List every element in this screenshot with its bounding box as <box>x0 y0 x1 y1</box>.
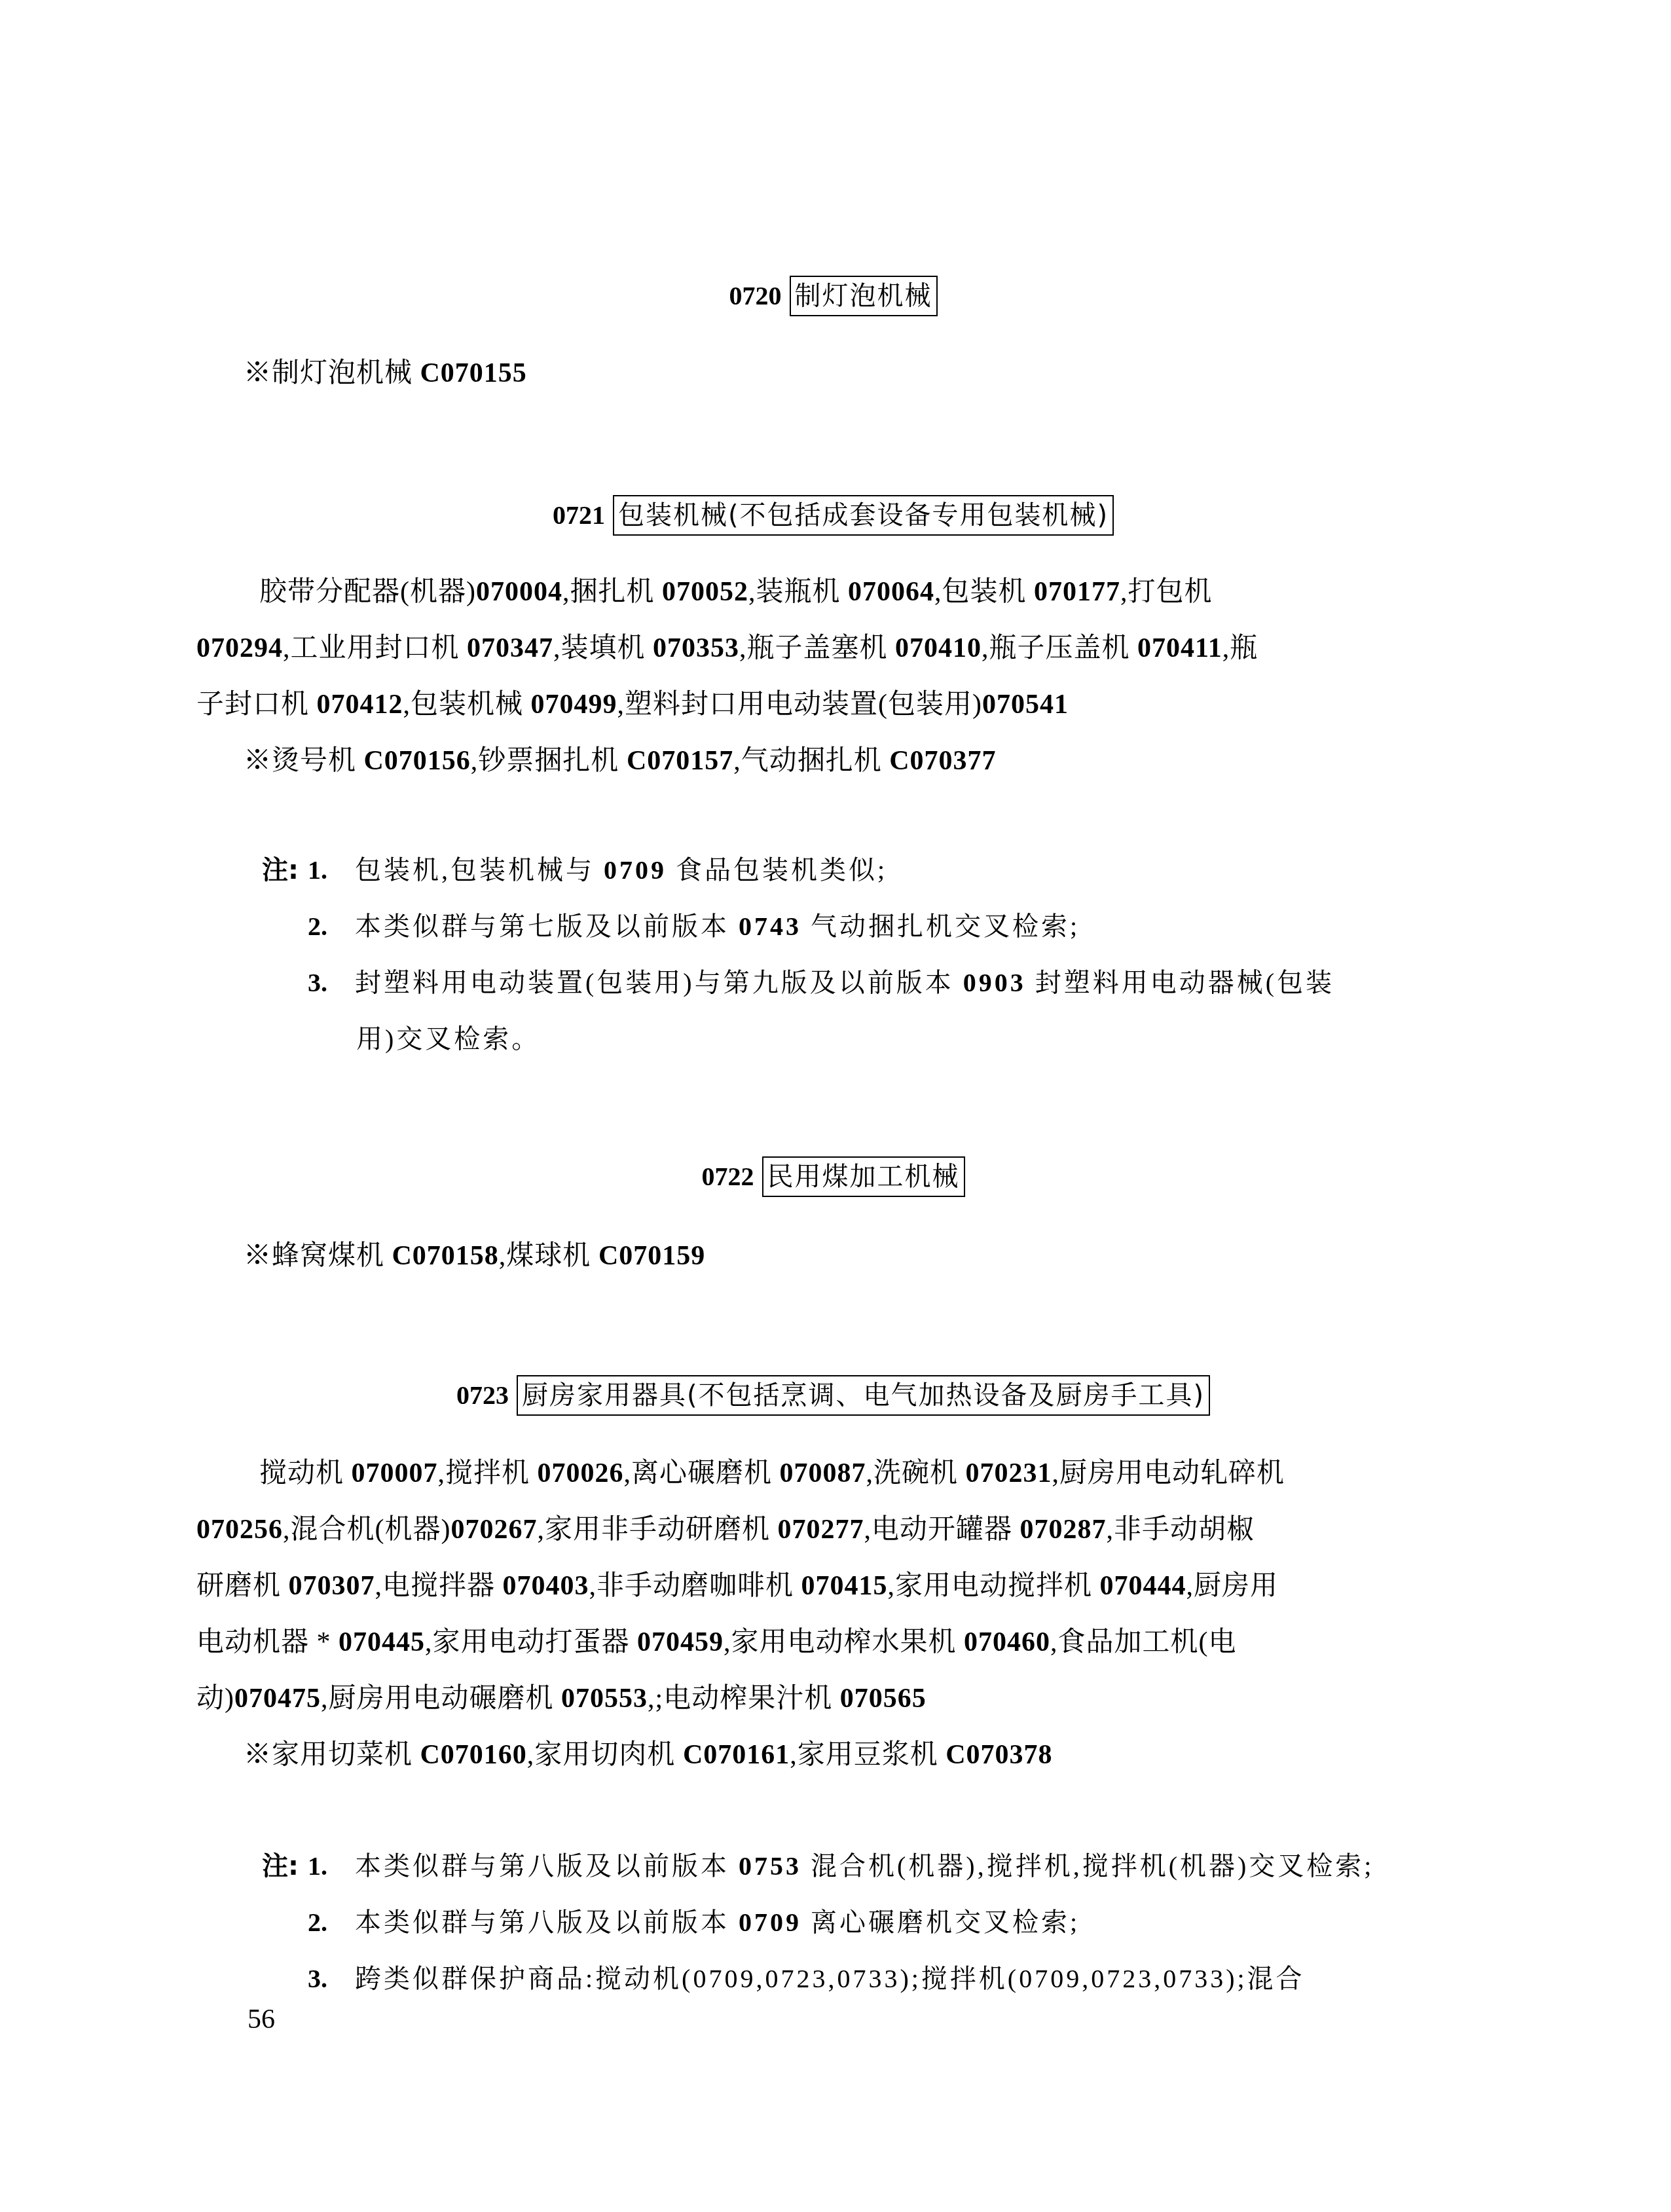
registration-code: C070158 <box>392 1241 499 1271</box>
text-run: ,工业用封口机 <box>283 633 467 663</box>
registration-code: 070052 <box>662 577 748 607</box>
registration-code: C070378 <box>946 1740 1052 1770</box>
text-run: 封塑料用电动器械(包装 <box>1026 968 1334 997</box>
text-run: ,瓶子盖塞机 <box>739 633 895 663</box>
note-number: 1. <box>308 842 355 898</box>
text-run: ,捆扎机 <box>562 577 662 607</box>
section-title-box: 厨房家用器具(不包括烹调、电气加热设备及厨房手工具) <box>517 1375 1210 1416</box>
text-run: ,气动捆扎机 <box>733 746 889 776</box>
note-item-1: 注: 1. 本类似群与第八版及以前版本 0753 混合机(机器),搅拌机,搅拌机… <box>196 1838 1470 1894</box>
paragraph-line: 电动机器 * 070445,家用电动打蛋器 070459,家用电动榨水果机 07… <box>196 1614 1470 1670</box>
text-run: ,混合机(机器) <box>283 1515 450 1545</box>
text-run: ,非手动胡椒 <box>1107 1515 1255 1545</box>
text-run: 封塑料用电动装置(包装用)与第九版及以前版本 <box>355 968 963 997</box>
registration-code: 0709 <box>739 1908 801 1937</box>
registration-code: C070161 <box>683 1740 790 1770</box>
text-run: ,瓶 <box>1222 633 1258 663</box>
section-title-box: 民用煤加工机械 <box>762 1156 965 1197</box>
registration-code: 0709 <box>604 855 667 885</box>
section-code: 0721 <box>553 500 605 530</box>
registration-code: C070157 <box>627 746 733 776</box>
text-run: ※蜂窝煤机 <box>244 1241 392 1271</box>
text-run: ,厨房用电动轧碎机 <box>1052 1458 1285 1488</box>
note-text: 封塑料用电动装置(包装用)与第九版及以前版本 0903 封塑料用电动器械(包装 <box>355 955 1470 1011</box>
text-run: ,电动开罐器 <box>864 1515 1020 1545</box>
item-code: C070155 <box>420 358 527 388</box>
notes-0721: 注: 1. 包装机,包装机械与 0709 食品包装机类似; 2. 本类似群与第七… <box>196 842 1470 1067</box>
text-run: ,食品加工机(电 <box>1050 1627 1237 1657</box>
note-number: 1. <box>308 1838 355 1894</box>
note-item-3: 3. 跨类似群保护商品:搅动机(0709,0723,0733);搅拌机(0709… <box>196 1951 1470 2007</box>
text-run: ,打包机 <box>1120 577 1213 607</box>
note-number: 3. <box>308 955 355 1011</box>
text-run: 胶带分配器(机器) <box>259 577 476 607</box>
text-run: 离心碾磨机交叉检索; <box>801 1908 1080 1937</box>
text-run: ,家用切肉机 <box>527 1740 683 1770</box>
registration-code: 070499 <box>531 690 617 720</box>
note-item-1: 注: 1. 包装机,包装机械与 0709 食品包装机类似; <box>196 842 1470 898</box>
text-run: ,煤球机 <box>499 1241 598 1271</box>
note-text: 本类似群与第八版及以前版本 0709 离心碾磨机交叉检索; <box>355 1894 1470 1951</box>
paragraph-line: 研磨机 070307,电搅拌器 070403,非手动磨咖啡机 070415,家用… <box>196 1558 1470 1614</box>
text-run: ,装瓶机 <box>748 577 848 607</box>
registration-code: 070459 <box>637 1627 724 1657</box>
items-line-0722: ※蜂窝煤机 C070158,煤球机 C070159 <box>196 1228 1517 1284</box>
registration-code: 070064 <box>848 577 934 607</box>
registration-code: 070026 <box>538 1458 624 1488</box>
text-run: ※家用切菜机 <box>244 1740 420 1770</box>
text-run: 搅动机 <box>259 1458 352 1488</box>
registration-code: C070160 <box>420 1740 527 1770</box>
notes-label: 注: <box>262 842 308 898</box>
registration-code: 070403 <box>503 1571 589 1601</box>
paragraph-line: 动)070475,厨房用电动碾磨机 070553,;电动榨果汁机 070565 <box>196 1670 1470 1727</box>
registration-code: 070307 <box>289 1571 375 1601</box>
registration-code: 070412 <box>317 690 403 720</box>
registration-code: C070156 <box>364 746 471 776</box>
text-run: ,包装机 <box>934 577 1034 607</box>
section-title-box: 制灯泡机械 <box>790 276 938 316</box>
items-line-0723: ※家用切菜机 C070160,家用切肉机 C070161,家用豆浆机 C0703… <box>196 1727 1470 1783</box>
registration-code: C070159 <box>598 1241 705 1271</box>
items-line-0721: ※烫号机 C070156,钞票捆扎机 C070157,气动捆扎机 C070377 <box>196 733 1470 789</box>
text-run: ,电搅拌器 <box>375 1571 503 1601</box>
text-run: ,包装机械 <box>403 690 531 720</box>
registration-code: 070294 <box>196 633 283 663</box>
text-run: 包装机,包装机械与 <box>355 855 604 885</box>
text-run: 跨类似群保护商品:搅动机(0709,0723,0733);搅拌机(0709,07… <box>355 1964 1305 1993</box>
note-number: 2. <box>308 1894 355 1951</box>
paragraph-line: 搅动机 070007,搅拌机 070026,离心碾磨机 070087,洗碗机 0… <box>196 1445 1470 1502</box>
registration-code: C070377 <box>889 746 996 776</box>
text-run: 用)交叉检索。 <box>356 1024 540 1054</box>
text-run: ,;电动榨果汁机 <box>648 1684 840 1714</box>
note-number: 2. <box>308 898 355 955</box>
section-heading-0723: 0723厨房家用器具(不包括烹调、电气加热设备及厨房手工具) <box>196 1373 1470 1416</box>
text-run: 混合机(机器),搅拌机,搅拌机(机器)交叉检索; <box>801 1851 1374 1881</box>
text-run: ,厨房用电动碾磨机 <box>321 1684 561 1714</box>
text-run: 研磨机 <box>196 1571 289 1601</box>
text-run: 本类似群与第八版及以前版本 <box>355 1851 739 1881</box>
section-code: 0723 <box>456 1380 509 1410</box>
paragraph-line: 胶带分配器(机器)070004,捆扎机 070052,装瓶机 070064,包装… <box>196 564 1470 620</box>
paragraph-line: 070294,工业用封口机 070347,装填机 070353,瓶子盖塞机 07… <box>196 620 1470 676</box>
text-run: 动) <box>196 1684 234 1714</box>
items-line-0720: ※制灯泡机械 C070155 <box>196 345 1517 401</box>
note-item-2: 2. 本类似群与第七版及以前版本 0743 气动捆扎机交叉检索; <box>196 898 1470 955</box>
text-run: ,瓶子压盖机 <box>982 633 1137 663</box>
registration-code: 0903 <box>963 968 1026 997</box>
registration-code: 070445 <box>339 1627 425 1657</box>
text-run: ,家用电动榨水果机 <box>724 1627 964 1657</box>
paragraph-0723: 搅动机 070007,搅拌机 070026,离心碾磨机 070087,洗碗机 0… <box>196 1445 1470 1783</box>
paragraph-line: 070256,混合机(机器)070267,家用非手动研磨机 070277,电动开… <box>196 1502 1470 1558</box>
text-run: ,洗碗机 <box>866 1458 966 1488</box>
section-heading-0720: 0720制灯泡机械 <box>196 273 1470 316</box>
registration-code: 070410 <box>895 633 982 663</box>
section-code: 0722 <box>702 1162 754 1191</box>
registration-code: 070007 <box>352 1458 438 1488</box>
text-run: ,搅拌机 <box>438 1458 538 1488</box>
text-run: 气动捆扎机交叉检索; <box>801 912 1080 941</box>
note-number: 3. <box>308 1951 355 2007</box>
text-run: ※烫号机 <box>244 746 364 776</box>
note-text-continued: 用)交叉检索。 <box>196 1011 1470 1067</box>
note-text: 本类似群与第七版及以前版本 0743 气动捆扎机交叉检索; <box>355 898 1470 955</box>
registration-code: 070231 <box>966 1458 1052 1488</box>
registration-code: 0743 <box>739 912 801 941</box>
registration-code: 0753 <box>739 1851 801 1881</box>
text-run: 本类似群与第八版及以前版本 <box>355 1908 739 1937</box>
text-run: 食品包装机类似; <box>667 855 887 885</box>
notes-label: 注: <box>262 1838 308 1894</box>
registration-code: 070087 <box>780 1458 866 1488</box>
text-run: 本类似群与第七版及以前版本 <box>355 912 739 941</box>
text-run: ,家用电动打蛋器 <box>425 1627 637 1657</box>
section-heading-0721: 0721包装机械(不包括成套设备专用包装机械) <box>196 492 1470 536</box>
registration-code: 070347 <box>467 633 553 663</box>
registration-code: 070287 <box>1020 1515 1107 1545</box>
item-text: ※制灯泡机械 <box>244 358 420 388</box>
registration-code: 070256 <box>196 1515 283 1545</box>
registration-code: 070267 <box>450 1515 537 1545</box>
paragraph-0721: 胶带分配器(机器)070004,捆扎机 070052,装瓶机 070064,包装… <box>196 564 1470 789</box>
paragraph-line: 子封口机 070412,包装机械 070499,塑料封口用电动装置(包装用)07… <box>196 676 1470 733</box>
text-run: ,家用电动搅拌机 <box>888 1571 1100 1601</box>
text-run: ,塑料封口用电动装置(包装用) <box>617 690 982 720</box>
text-run: ,离心碾磨机 <box>624 1458 780 1488</box>
page-number: 56 <box>248 2003 1521 2036</box>
text-run: ,钞票捆扎机 <box>471 746 627 776</box>
section-code: 0720 <box>729 281 782 310</box>
text-run: ,装填机 <box>553 633 653 663</box>
note-text: 跨类似群保护商品:搅动机(0709,0723,0733);搅拌机(0709,07… <box>355 1951 1470 2007</box>
registration-code: 070353 <box>653 633 739 663</box>
text-run: ,家用豆浆机 <box>790 1740 946 1770</box>
registration-code: 070004 <box>476 577 562 607</box>
registration-code: 070460 <box>964 1627 1050 1657</box>
registration-code: 070277 <box>778 1515 864 1545</box>
registration-code: 070415 <box>801 1571 888 1601</box>
registration-code: 070177 <box>1034 577 1120 607</box>
note-text: 本类似群与第八版及以前版本 0753 混合机(机器),搅拌机,搅拌机(机器)交叉… <box>355 1838 1470 1894</box>
registration-code: 070475 <box>234 1684 321 1714</box>
section-title-box: 包装机械(不包括成套设备专用包装机械) <box>613 495 1114 536</box>
note-text: 包装机,包装机械与 0709 食品包装机类似; <box>355 842 1470 898</box>
text-run: 电动机器 * <box>196 1627 339 1657</box>
registration-code: 070541 <box>982 690 1069 720</box>
note-item-2: 2. 本类似群与第八版及以前版本 0709 离心碾磨机交叉检索; <box>196 1894 1470 1951</box>
text-run: ,厨房用 <box>1186 1571 1279 1601</box>
text-run: ,家用非手动研磨机 <box>537 1515 777 1545</box>
document-page: 0720制灯泡机械 ※制灯泡机械 C070155 0721包装机械(不包括成套设… <box>196 0 1470 2212</box>
notes-0723: 注: 1. 本类似群与第八版及以前版本 0753 混合机(机器),搅拌机,搅拌机… <box>196 1838 1470 2007</box>
registration-code: 070444 <box>1100 1571 1186 1601</box>
registration-code: 070411 <box>1137 633 1222 663</box>
registration-code: 070565 <box>840 1684 927 1714</box>
note-item-3: 3. 封塑料用电动装置(包装用)与第九版及以前版本 0903 封塑料用电动器械(… <box>196 955 1470 1011</box>
text-run: ,非手动磨咖啡机 <box>589 1571 801 1601</box>
text-run: 子封口机 <box>196 690 317 720</box>
section-heading-0722: 0722民用煤加工机械 <box>196 1154 1470 1197</box>
registration-code: 070553 <box>561 1684 648 1714</box>
